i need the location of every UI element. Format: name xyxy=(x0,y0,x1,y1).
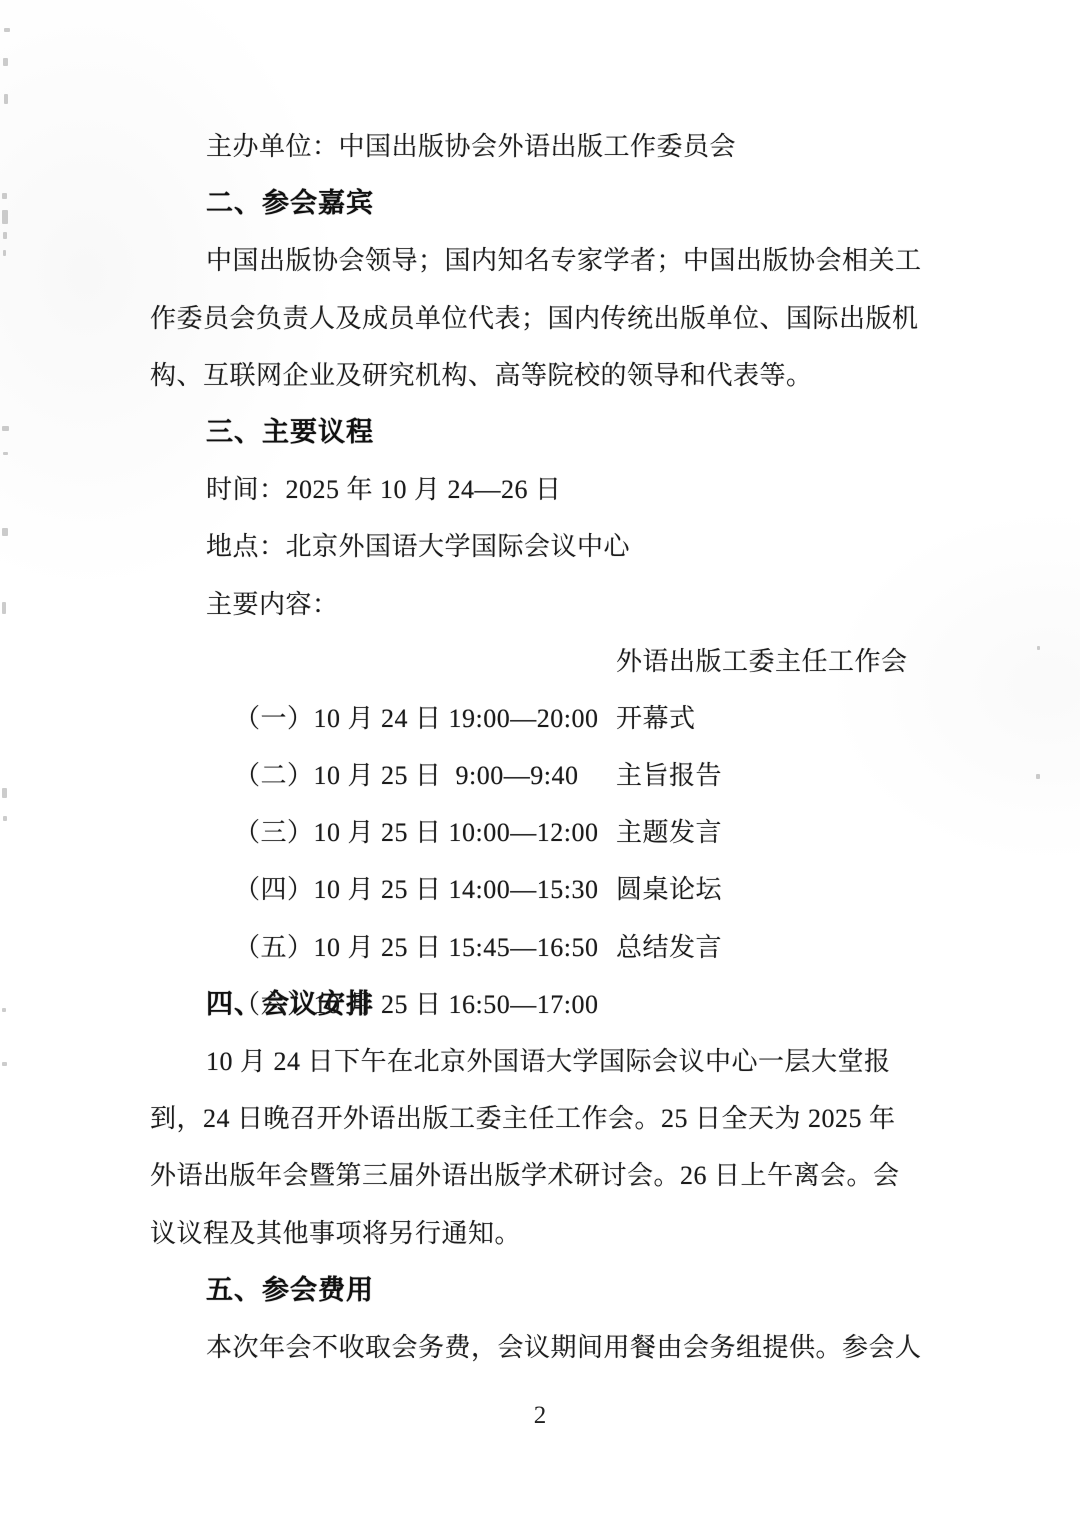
agenda-item-4: （四）10 月 25 日 14:00—15:30 主题发言 xyxy=(150,804,932,861)
scan-artifact xyxy=(2,1008,6,1012)
scan-artifact xyxy=(4,28,10,32)
arrangement-line-1: 10 月 24 日下午在北京外国语大学国际会议中心一层大堂报 xyxy=(150,1033,932,1090)
section-2-heading: 二、参会嘉宾 xyxy=(150,175,932,232)
agenda-item-6: （六）10 月 25 日 16:50—17:00 总结发言 xyxy=(150,919,932,976)
agenda-activity: 总结发言 xyxy=(616,919,722,976)
agenda-activity: 主旨报告 xyxy=(616,747,722,804)
agenda-activity: 主题发言 xyxy=(616,804,722,861)
fees-line-1: 本次年会不收取会务费，会议期间用餐由会务组提供。参会人 xyxy=(150,1319,932,1376)
scan-artifact xyxy=(1037,646,1040,650)
scan-artifact xyxy=(2,210,8,224)
agenda-content-label: 主要内容： xyxy=(150,576,932,633)
agenda-item-1: （一）10 月 24 日 19:00—20:00 外语出版工委主任工作会 xyxy=(150,633,932,690)
page-number: 2 xyxy=(0,1396,1080,1436)
scan-artifact xyxy=(3,58,8,66)
organizer-line: 主办单位：中国出版协会外语出版工作委员会 xyxy=(150,118,932,175)
scan-artifact xyxy=(2,1062,7,1066)
arrangement-line-4: 议议程及其他事项将另行通知。 xyxy=(150,1205,932,1262)
scan-artifact xyxy=(3,232,7,239)
agenda-item-2: （二）10 月 25 日 9:00—9:40 开幕式 xyxy=(150,690,932,747)
agenda-location-line: 地点：北京外国语大学国际会议中心 xyxy=(150,518,932,575)
guests-line-3: 构、互联网企业及研究机构、高等院校的领导和代表等。 xyxy=(150,347,932,404)
agenda-time-line: 时间：2025 年 10 月 24—26 日 xyxy=(150,461,932,518)
guests-line-2: 作委员会负责人及成员单位代表；国内传统出版单位、国际出版机 xyxy=(150,290,932,347)
agenda-item-5: （五）10 月 25 日 15:45—16:50 圆桌论坛 xyxy=(150,861,932,918)
guests-line-1: 中国出版协会领导；国内知名专家学者；中国出版协会相关工 xyxy=(150,232,932,289)
scan-artifact xyxy=(3,452,8,455)
agenda-activity: 开幕式 xyxy=(616,690,696,747)
section-3-heading: 三、主要议程 xyxy=(150,404,932,461)
document-body: 主办单位：中国出版协会外语出版工作委员会 二、参会嘉宾 中国出版协会领导；国内知… xyxy=(150,118,932,1376)
scan-artifact xyxy=(2,788,7,798)
agenda-item-3: （三）10 月 25 日 10:00—12:00 主旨报告 xyxy=(150,747,932,804)
agenda-activity: 圆桌论坛 xyxy=(616,861,722,918)
scan-artifact xyxy=(2,602,6,614)
arrangement-line-3: 外语出版年会暨第三届外语出版学术研讨会。26 日上午离会。会 xyxy=(150,1147,932,1204)
scan-artifact xyxy=(4,94,8,104)
scan-artifact xyxy=(2,193,7,199)
scan-artifact xyxy=(1036,774,1040,779)
scan-artifact xyxy=(3,816,7,821)
agenda-activity: 外语出版工委主任工作会 xyxy=(616,633,908,690)
scan-artifact xyxy=(3,250,6,256)
scan-artifact xyxy=(2,426,9,431)
scan-artifact xyxy=(2,528,8,536)
section-5-heading: 五、参会费用 xyxy=(150,1262,932,1319)
arrangement-line-2: 到，24 日晚召开外语出版工委主任工作会。25 日全天为 2025 年 xyxy=(150,1090,932,1147)
agenda-datetime: （六）10 月 25 日 16:50—17:00 xyxy=(234,990,598,1019)
